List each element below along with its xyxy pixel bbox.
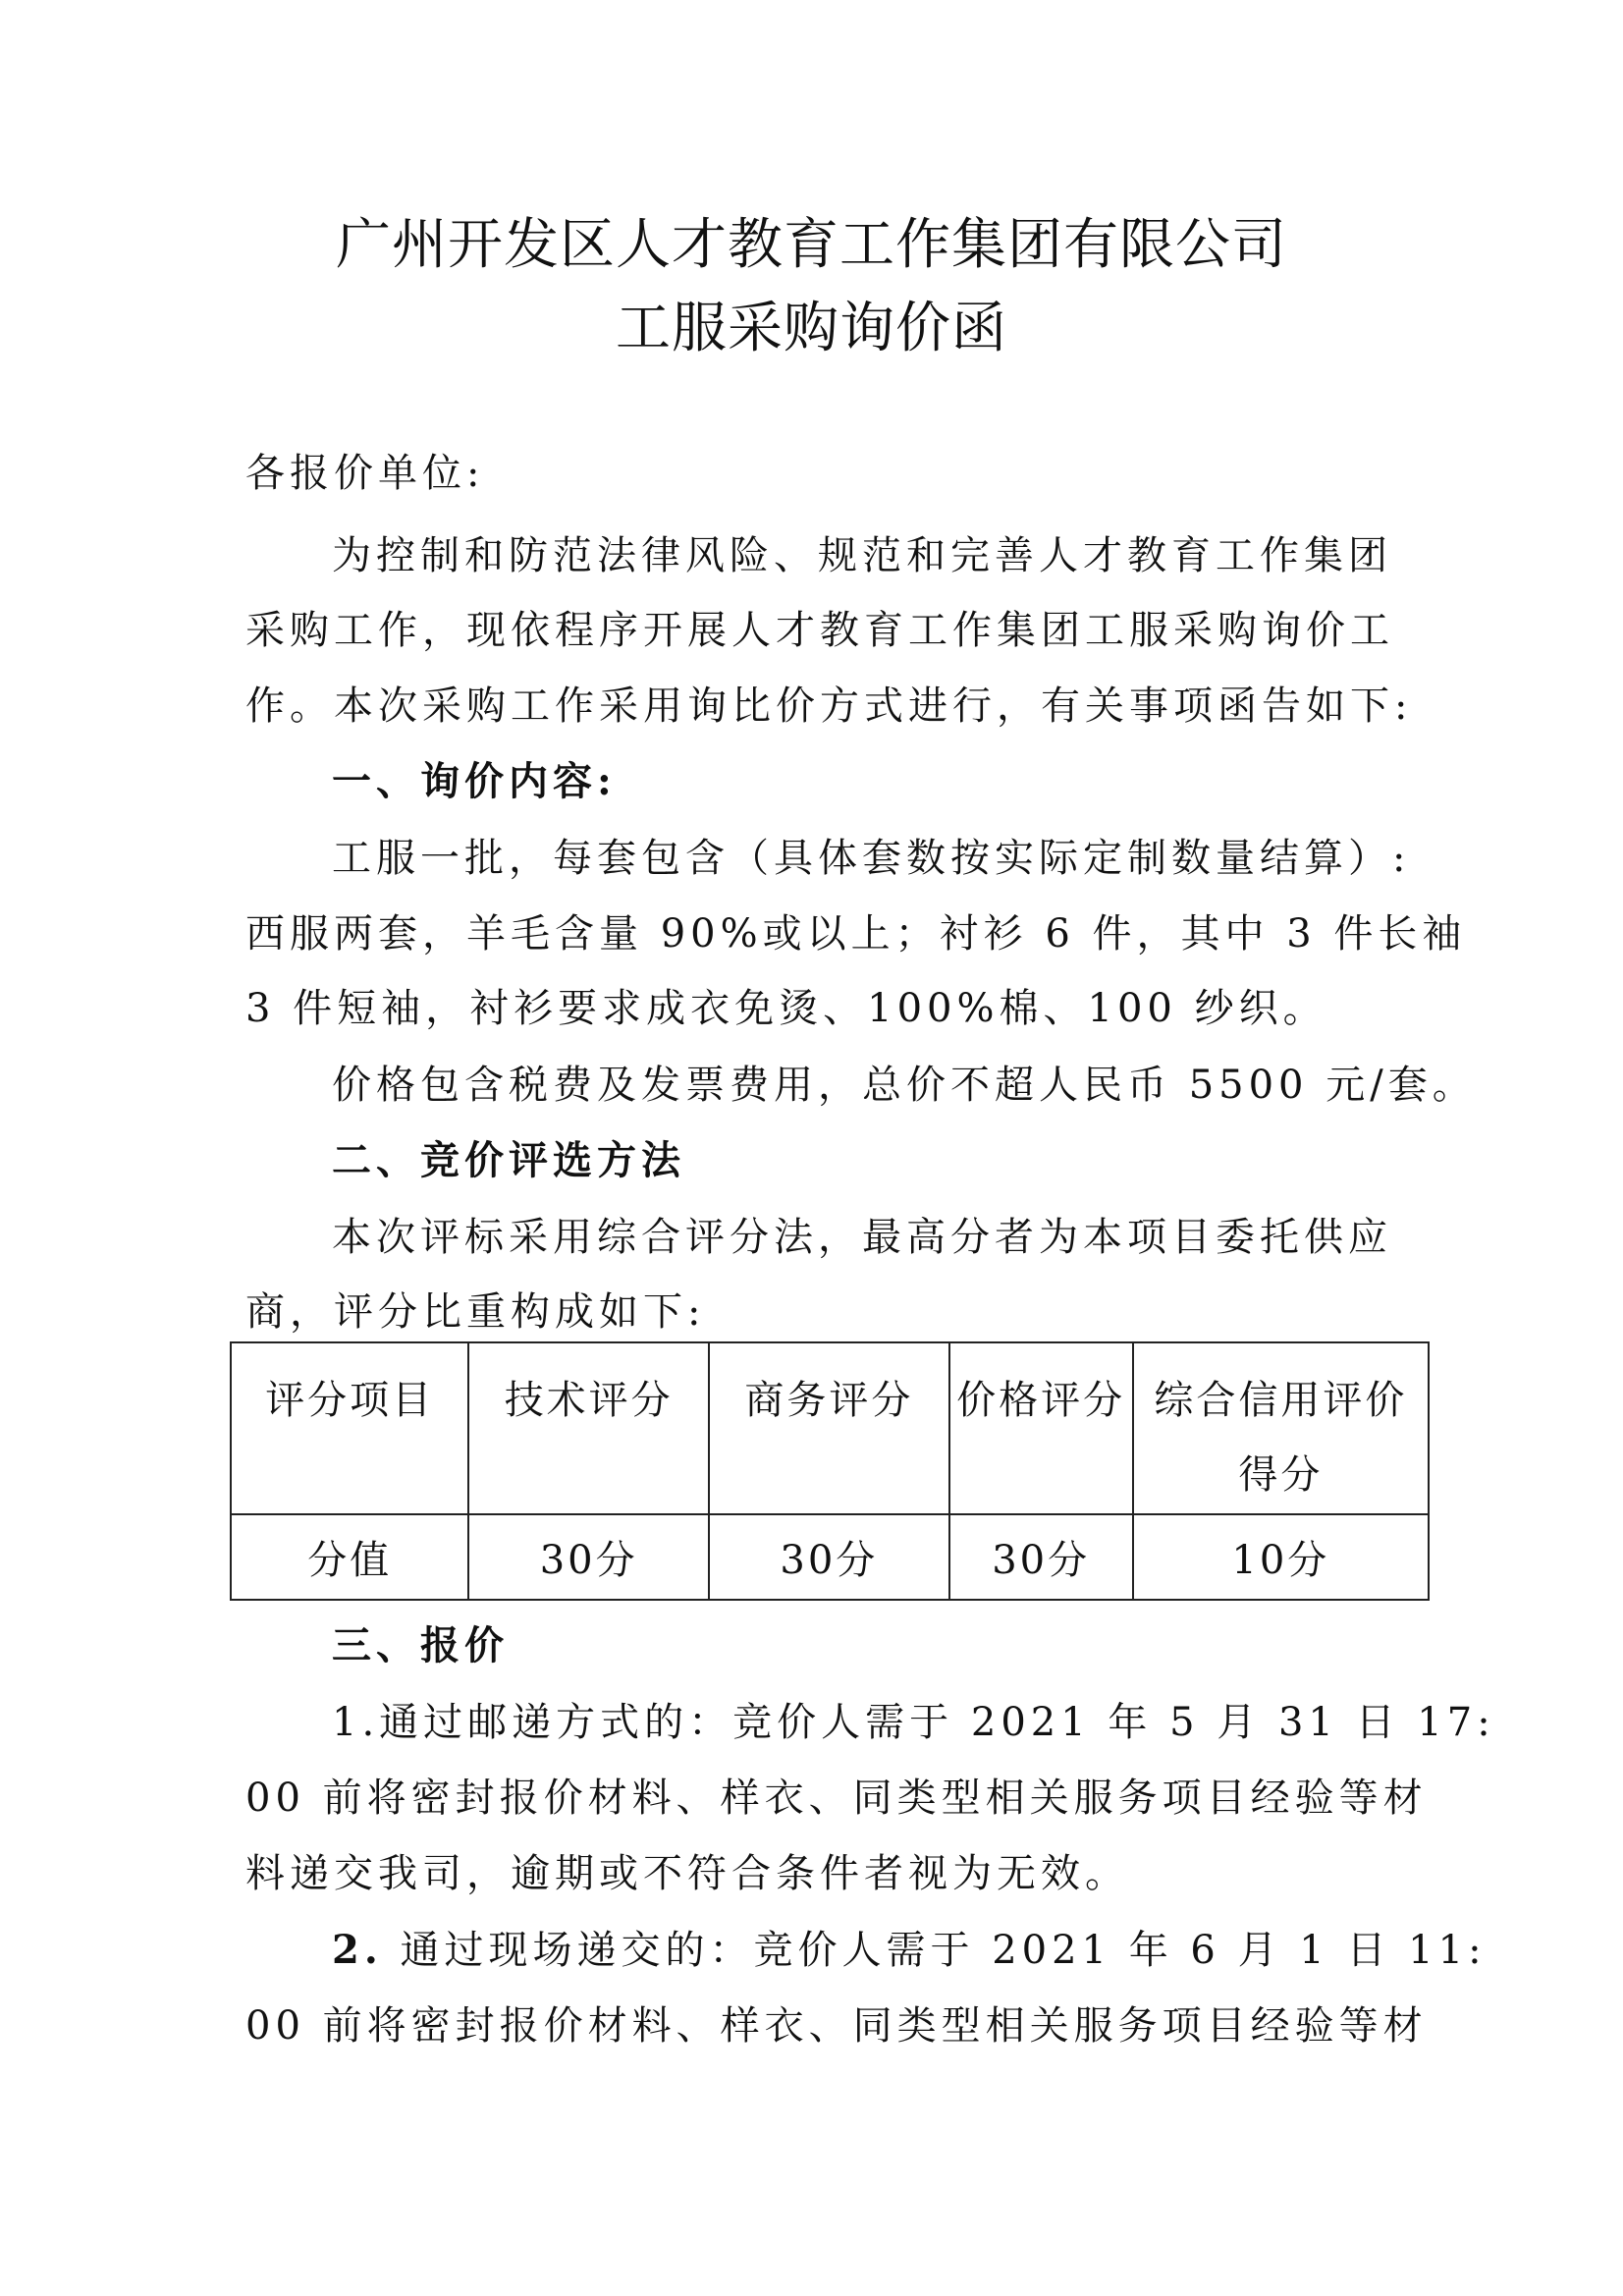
section1-line-1: 工服一批，每套包含（具体套数按实际定制数量结算）:	[332, 835, 1481, 882]
section1-line-3: 3 件短袖，衬衫要求成衣免烫、100%棉、100 纱织。	[245, 985, 1394, 1032]
table-cell: 30分	[949, 1514, 1133, 1600]
table-header-cell: 技术评分	[468, 1342, 709, 1514]
section1-heading: 一、询价内容:	[332, 758, 1481, 805]
table-header-cell: 价格评分	[949, 1342, 1133, 1514]
section2-heading: 二、竞价评选方法	[332, 1137, 1481, 1184]
intro-line-3: 作。本次采购工作采用询比价方式进行，有关事项函告如下:	[245, 683, 1394, 730]
section3-item1-line1: 1.通过邮递方式的：竞价人需于 2021 年 5 月 31 日 17:	[332, 1699, 1481, 1746]
table-cell: 30分	[468, 1514, 709, 1600]
table-header-cell: 评分项目	[231, 1342, 468, 1514]
item2-number: 2.	[332, 1927, 383, 1973]
section3-item2-line1: 2. 通过现场递交的：竞价人需于 2021 年 6 月 1 日 11:	[332, 1927, 1481, 1974]
section3-item1-line3: 料递交我司，逾期或不符合条件者视为无效。	[245, 1850, 1394, 1897]
section2-line-1: 本次评标采用综合评分法，最高分者为本项目委托供应	[332, 1214, 1481, 1261]
header-last-line1: 综合信用评价	[1154, 1378, 1407, 1423]
table-cell: 10分	[1133, 1514, 1429, 1600]
section3-heading: 三、报价	[332, 1622, 1481, 1669]
table-header-cell: 商务评分	[709, 1342, 949, 1514]
table-header-row: 评分项目 技术评分 商务评分 价格评分 综合信用评价 得分	[231, 1342, 1429, 1514]
table-cell: 30分	[709, 1514, 949, 1600]
table-header-cell: 综合信用评价 得分	[1133, 1342, 1429, 1514]
intro-line-1: 为控制和防范法律风险、规范和完善人才教育工作集团	[332, 532, 1481, 579]
section3-item1-line2: 00 前将密封报价材料、样衣、同类型相关服务项目经验等材	[245, 1775, 1394, 1822]
header-last-line2: 得分	[1238, 1452, 1323, 1498]
table-cell: 分值	[231, 1514, 468, 1600]
salutation: 各报价单位:	[245, 450, 1394, 497]
table-row: 分值 30分 30分 30分 10分	[231, 1514, 1429, 1600]
section1-price-note: 价格包含税费及发票费用，总价不超人民币 5500 元/套。	[332, 1062, 1481, 1109]
intro-line-2: 采购工作，现依程序开展人才教育工作集团工服采购询价工	[245, 607, 1394, 654]
section3-item2-line2: 00 前将密封报价材料、样衣、同类型相关服务项目经验等材	[245, 2002, 1394, 2050]
document-title-line2: 工服采购询价函	[0, 285, 1623, 363]
scoring-table: 评分项目 技术评分 商务评分 价格评分 综合信用评价 得分 分值 30分 30分…	[230, 1341, 1430, 1601]
section2-line-2: 商，评分比重构成如下:	[245, 1288, 1394, 1336]
section1-line-2: 西服两套，羊毛含量 90%或以上；衬衫 6 件，其中 3 件长袖	[245, 910, 1394, 957]
document-title-line1: 广州开发区人才教育工作集团有限公司	[0, 201, 1623, 280]
item2-text: 通过现场递交的：竞价人需于 2021 年 6 月 1 日 11:	[383, 1928, 1487, 1973]
